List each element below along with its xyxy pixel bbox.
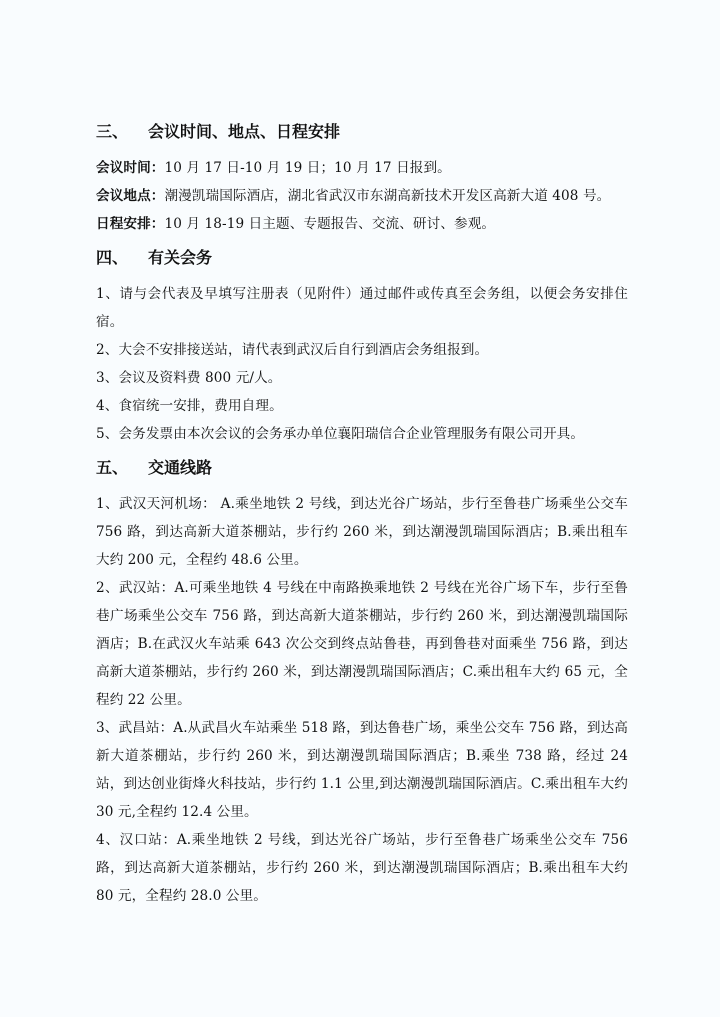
section-title: 交通线路 (148, 454, 212, 482)
meeting-location-label: 会议地点： (96, 188, 164, 204)
section-heading-affairs: 四、 有关会务 (96, 244, 628, 272)
meeting-time-label: 会议时间： (96, 160, 164, 176)
affairs-item-4: 4、食宿统一安排，费用自理。 (96, 392, 628, 420)
section-heading-schedule: 三、 会议时间、地点、日程安排 (96, 118, 628, 146)
section-number: 三、 (96, 118, 148, 146)
transport-wuhan-station: 2、武汉站：A.可乘坐地铁 4 号线在中南路换乘地铁 2 号线在光谷广场下车，步… (96, 574, 628, 714)
meeting-agenda-value: 10 月 18-19 日主题、专题报告、交流、研讨、参观。 (164, 216, 495, 232)
affairs-item-1: 1、请与会代表及早填写注册表（见附件）通过邮件或传真至会务组，以便会务安排住宿。 (96, 280, 628, 336)
meeting-agenda-label: 日程安排： (96, 216, 164, 232)
affairs-item-2: 2、大会不安排接送站，请代表到武汉后自行到酒店会务组报到。 (96, 336, 628, 364)
section-heading-transport: 五、 交通线路 (96, 454, 628, 482)
transport-wuchang-station: 3、武昌站：A.从武昌火车站乘坐 518 路，到达鲁巷广场，乘坐公交车 756 … (96, 714, 628, 826)
transport-hankou-station: 4、汉口站：A.乘坐地铁 2 号线，到达光谷广场站，步行至鲁巷广场乘坐公交车 7… (96, 826, 628, 910)
affairs-item-5: 5、会务发票由本次会议的会务承办单位襄阳瑞信合企业管理服务有限公司开具。 (96, 420, 628, 448)
affairs-item-3: 3、会议及资料费 800 元/人。 (96, 364, 628, 392)
section-title: 有关会务 (148, 244, 212, 272)
meeting-time: 会议时间：10 月 17 日-10 月 19 日；10 月 17 日报到。 (96, 154, 628, 182)
section-number: 五、 (96, 454, 148, 482)
section-number: 四、 (96, 244, 148, 272)
meeting-location-value: 潮漫凯瑞国际酒店，湖北省武汉市东湖高新技术开发区高新大道 408 号。 (164, 188, 610, 204)
transport-airport: 1、武汉天河机场： A.乘坐地铁 2 号线，到达光谷广场站，步行至鲁巷广场乘坐公… (96, 490, 628, 574)
meeting-location: 会议地点：潮漫凯瑞国际酒店，湖北省武汉市东湖高新技术开发区高新大道 408 号。 (96, 182, 628, 210)
meeting-time-value: 10 月 17 日-10 月 19 日；10 月 17 日报到。 (164, 160, 450, 176)
meeting-agenda: 日程安排：10 月 18-19 日主题、专题报告、交流、研讨、参观。 (96, 210, 628, 238)
document-page: 三、 会议时间、地点、日程安排 会议时间：10 月 17 日-10 月 19 日… (96, 118, 628, 910)
section-title: 会议时间、地点、日程安排 (148, 118, 340, 146)
